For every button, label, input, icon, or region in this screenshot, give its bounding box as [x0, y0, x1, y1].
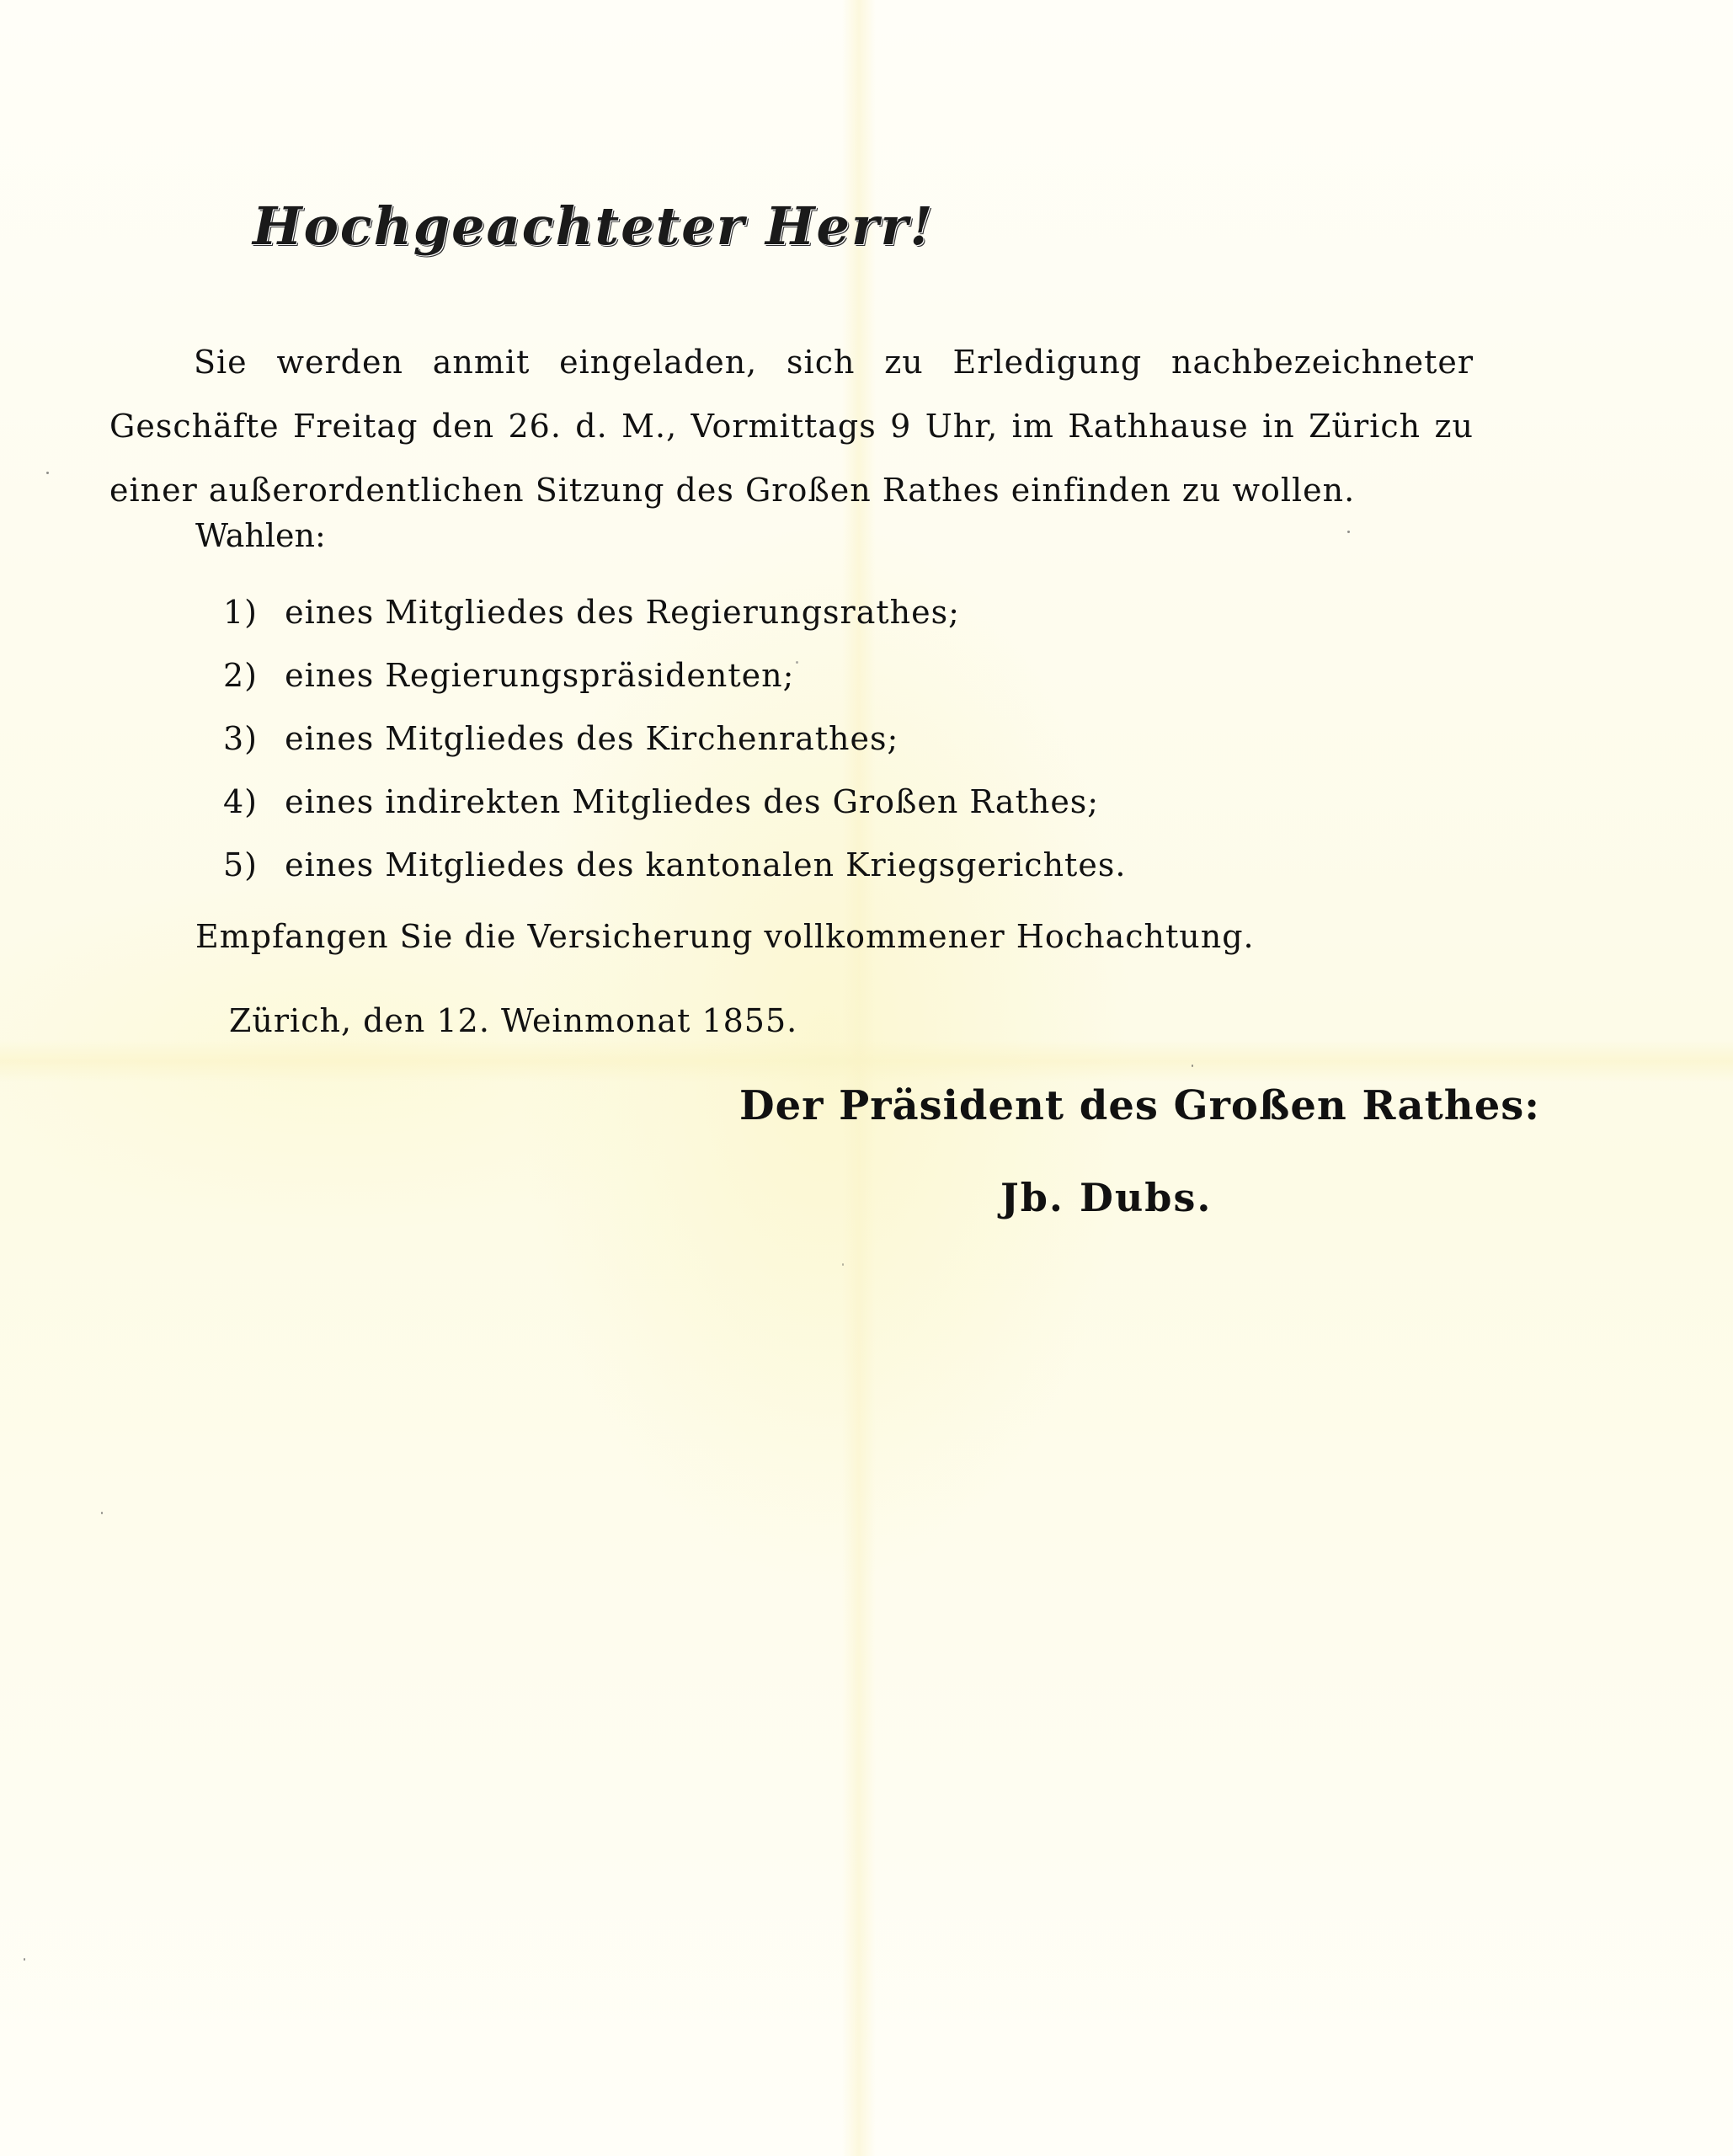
paper-speck [24, 1958, 25, 1961]
paper-speck [842, 1263, 844, 1266]
election-item: 1) eines Mitgliedes des Regierungsrathes… [223, 581, 1126, 644]
election-number: 2) [223, 644, 274, 707]
election-item: 3) eines Mitgliedes des Kirchenrathes; [223, 707, 1126, 771]
election-text: eines Mitgliedes des Kirchenrathes; [285, 720, 898, 757]
election-number: 3) [223, 707, 274, 771]
election-number: 1) [223, 581, 274, 644]
election-number: 5) [223, 834, 274, 897]
closing-formula: Empfangen Sie die Versicherung vollkomme… [195, 918, 1255, 955]
horizontal-fold-crease [0, 1040, 1733, 1082]
election-text: eines Regierungspräsidenten; [285, 657, 794, 694]
paper-speck [1347, 531, 1350, 533]
invitation-paragraph: Sie werden anmit eingeladen, sich zu Erl… [109, 330, 1474, 522]
signatory-name: Jb. Dubs. [1000, 1175, 1212, 1220]
signatory-title: Der Präsident des Großen Rathes: [739, 1082, 1540, 1129]
paper-speck [1192, 1065, 1193, 1067]
paper-speck [46, 472, 49, 474]
election-item: 5) eines Mitgliedes des kantonalen Krieg… [223, 834, 1126, 897]
election-text: eines indirekten Mitgliedes des Großen R… [285, 783, 1099, 820]
election-number: 4) [223, 771, 274, 834]
salutation: Hochgeachteter Herr! [253, 195, 935, 257]
election-text: eines Mitgliedes des Regierungsrathes; [285, 594, 960, 631]
paper-speck [101, 1512, 103, 1514]
place-and-date: Zürich, den 12. Weinmonat 1855. [229, 1002, 797, 1039]
election-text: eines Mitgliedes des kantonalen Kriegsge… [285, 846, 1126, 883]
elections-list: 1) eines Mitgliedes des Regierungsrathes… [223, 581, 1126, 897]
election-item: 4) eines indirekten Mitgliedes des Große… [223, 771, 1126, 834]
election-item: 2) eines Regierungspräsidenten; [223, 644, 1126, 707]
elections-heading: Wahlen: [195, 517, 326, 554]
